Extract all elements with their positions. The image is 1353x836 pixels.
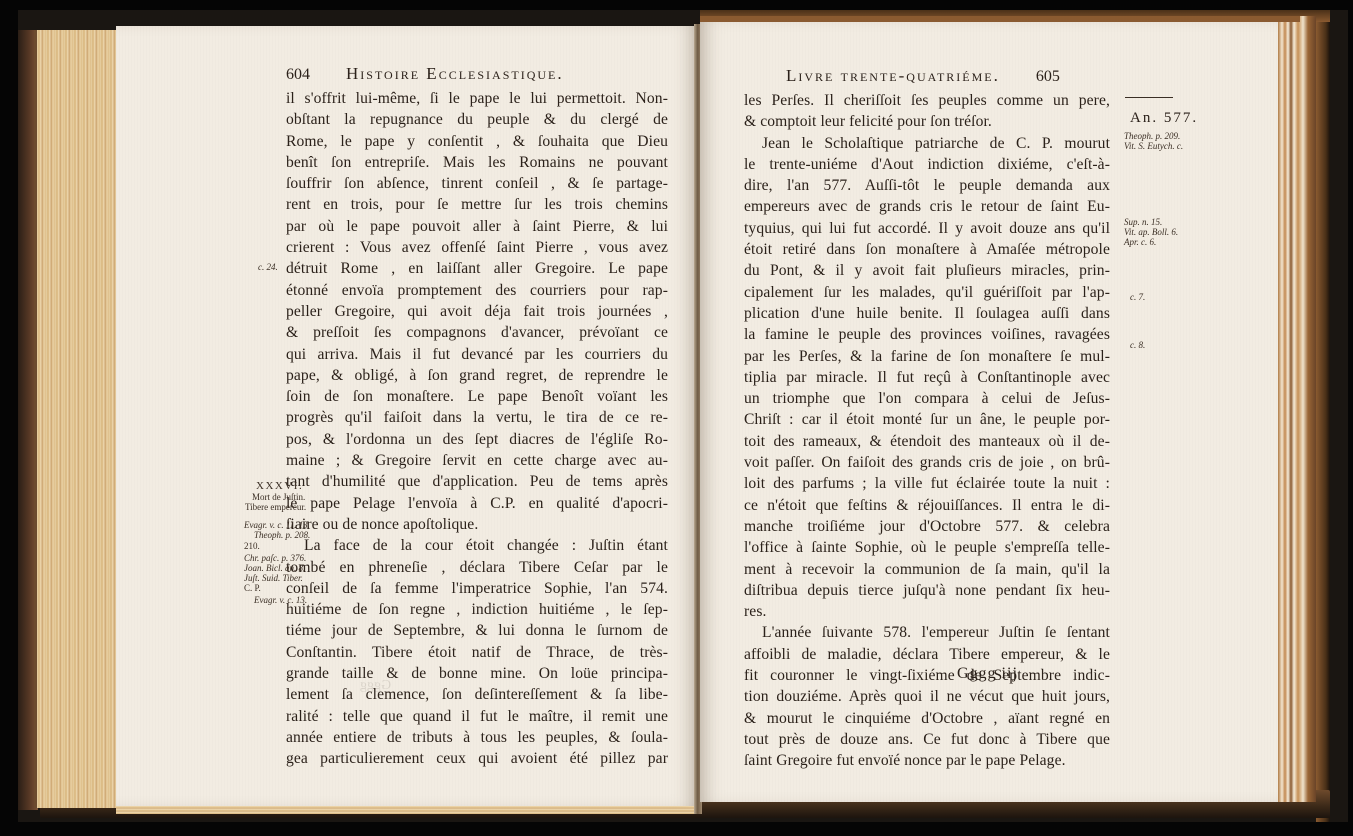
text-line: ſiaire ou de nonce apoſtolique. <box>286 514 668 535</box>
text-line: grande taille & de bonne mine. On loüe p… <box>286 663 668 684</box>
text-line: année entiere de tributs à tous les peup… <box>286 727 668 748</box>
text-line: étonné envoïa promptement des courriers … <box>286 280 668 301</box>
text-line: Rome, le pape y conſentit , & ſouhaita q… <box>286 131 668 152</box>
text-line: toit des rameaux, & étendoit des manteau… <box>744 431 1110 452</box>
text-line: huitiéme de ſon regne , indiction huitié… <box>286 599 668 620</box>
text-line: cipalement ſur les malades, qu'il guériſ… <box>744 282 1110 303</box>
margin-reference: Theoph. p. 208. <box>254 530 310 541</box>
text-line: & comptoit leur felicité pour ſon tréſor… <box>744 111 1110 132</box>
text-line: qui arriva. Mais il fut devancé par les … <box>286 344 668 365</box>
right-paragraph-1: les Perſes. Il cheriſſoit ſes peuples co… <box>744 90 1110 133</box>
text-line: voit paſſer. On faiſoit des grands cris … <box>744 452 1110 473</box>
text-line: maine ; & Gregoire ſervit en cette charg… <box>286 450 668 471</box>
text-line: & preſſoit ſes compagnons d'avancer, pré… <box>286 322 668 343</box>
text-line: un triomphe que l'on compara à celui de … <box>744 388 1110 409</box>
text-line: fit couronner le vingt-ſixiéme de Septem… <box>744 665 1110 686</box>
margin-reference: C. P. <box>244 583 261 594</box>
text-line: tant d'humilité que d'application. Peu d… <box>286 471 668 492</box>
year-heading: An. 577. <box>1130 110 1198 127</box>
text-line: lement ſa clemence, ſon deſintereſſement… <box>286 684 668 705</box>
text-line: dire, l'an 577. Auſſi-tôt le peuple dema… <box>744 175 1110 196</box>
margin-section-number: XXXVI. <box>256 481 303 492</box>
text-line: peller Gregoire, qui avoit déja fait tro… <box>286 301 668 322</box>
text-line: obſtant la repugnance du peuple & du cle… <box>286 109 668 130</box>
show-through-text: Gggg <box>360 678 391 694</box>
text-line: pos, & l'ordonna un des ſept diacres de … <box>286 429 668 450</box>
text-line: conſeil de ſa femme l'imperatrice Sophie… <box>286 578 668 599</box>
margin-reference: Vit. S. Eutych. c. <box>1124 141 1183 152</box>
text-line: ſouffrir ſon abſence, tinrent conſeil , … <box>286 173 668 194</box>
right-folio: 605 <box>1036 68 1060 85</box>
page-edges-bottom <box>116 806 696 814</box>
text-line: le trente-uniéme d'Aout indiction dixiém… <box>744 154 1110 175</box>
margin-note-c7: c. 7. <box>1130 292 1145 303</box>
text-line: tion douziéme. Après quoi il ne vécut qu… <box>744 686 1110 707</box>
text-line: tiéme jour de Septembre, & lui donna le … <box>286 620 668 641</box>
year-rule <box>1125 97 1173 98</box>
text-line: plication d'une huile benite. Il ſoulage… <box>744 303 1110 324</box>
right-running-title: Livre trente-quatriéme. <box>786 66 1000 85</box>
text-line: L'année ſuivante 578. l'empereur Juſtin … <box>744 622 1110 643</box>
text-line: l'office à ſainte Sophie, où le peuple s… <box>744 537 1110 558</box>
text-line: les Perſes. Il cheriſſoit ſes peuples co… <box>744 90 1110 111</box>
text-line: gea particulierement ceux qui avoient ét… <box>286 748 668 769</box>
margin-section-title: Tibere empereur. <box>245 502 306 513</box>
left-paragraph-2: La face de la cour étoit changée : Juſti… <box>286 535 668 769</box>
text-line: ment à recevoir la communion de ſa main,… <box>744 559 1110 580</box>
left-text-column: il s'offrit lui-même, ſi le pape le lui … <box>286 88 668 770</box>
right-text-column: les Perſes. Il cheriſſoit ſes peuples co… <box>744 90 1110 772</box>
text-line: benît ſon entrepriſe. Mais les Romains n… <box>286 152 668 173</box>
text-line: par où le pape pouvoit aller à ſaint Pie… <box>286 216 668 237</box>
text-line: étoit retiré dans ſon monaſtere à Amaſée… <box>744 239 1110 260</box>
left-paragraph-1: il s'offrit lui-même, ſi le pape le lui … <box>286 88 668 535</box>
text-line: crierent : Vous avez offenſé ſaint Pierr… <box>286 237 668 258</box>
text-line: res. <box>744 601 1110 622</box>
text-line: affoibli de maladie, déclara Tibere empe… <box>744 644 1110 665</box>
signature-mark: Gggg iij <box>957 665 1018 683</box>
left-running-title: Histoire Ecclesiastique. <box>346 64 564 83</box>
text-line: ralité : telle que quand il fut le maîtr… <box>286 706 668 727</box>
text-line: il s'offrit lui-même, ſi le pape le lui … <box>286 88 668 109</box>
text-line: détruit Rome , en laiſſant aller Gregoir… <box>286 258 668 279</box>
text-line: tiplia par miracle. Il fut reçû à Conſta… <box>744 367 1110 388</box>
text-line: La face de la cour étoit changée : Juſti… <box>286 535 668 556</box>
right-running-head: Livre trente-quatriéme. 605 <box>786 66 1060 86</box>
right-paragraph-2: Jean le Scholaſtique patriarche de C. P.… <box>744 133 1110 623</box>
margin-note-c24: c. 24. <box>258 262 278 273</box>
text-line: empereurs avec de grands cris le retour … <box>744 196 1110 217</box>
text-line: le pape Pelage l'envoïa à C.P. en qualit… <box>286 493 668 514</box>
text-line: loit des parfums ; la ville fut éclairée… <box>744 473 1110 494</box>
book-photo: 604 Histoire Ecclesiastique. il s'offrit… <box>0 0 1353 836</box>
text-line: Conſtantin. Tibere étoit natif de Thrace… <box>286 642 668 663</box>
text-line: ſoin de ſon monaſtere. Le pape Benoît vo… <box>286 386 668 407</box>
margin-reference: 210. <box>244 541 260 552</box>
book-cover-right <box>1316 10 1330 822</box>
text-line: manche troiſiéme jour d'Octobre 577. & c… <box>744 516 1110 537</box>
margin-note-c8: c. 8. <box>1130 340 1145 351</box>
text-line: Jean le Scholaſtique patriarche de C. P.… <box>744 133 1110 154</box>
text-line: tyquius, qui lui fut accordé. Il y avoit… <box>744 218 1110 239</box>
text-line: par les Perſes, & la farine de ſon monaſ… <box>744 346 1110 367</box>
page-edges-left <box>34 30 119 808</box>
text-line: progrès qu'il faiſoit dans la vertu, le … <box>286 407 668 428</box>
left-folio: 604 <box>286 66 310 83</box>
text-line: ſaint Gregoire fut envoïé nonce par le p… <box>744 750 1110 771</box>
text-line: du Pont, & il y avoit fait pluſieurs mir… <box>744 260 1110 281</box>
right-paragraph-3: L'année ſuivante 578. l'empereur Juſtin … <box>744 622 1110 771</box>
margin-reference: Evagr. v. c. 13. <box>254 595 307 606</box>
text-line: & mourut le cinquiéme d'Octobre , aïant … <box>744 708 1110 729</box>
text-line: pape, & obligé, à ſon grand regret, de r… <box>286 365 668 386</box>
text-line: Chriſt : car il étoit monté ſur un âne, … <box>744 409 1110 430</box>
text-line: la famine le peuple des provinces voiſin… <box>744 324 1110 345</box>
text-line: rent en trois, pour ſe mettre ſur les tr… <box>286 194 668 215</box>
text-line: tombé en phreneſie , déclara Tibere Ceſa… <box>286 557 668 578</box>
page-edges-right <box>1278 16 1316 802</box>
left-running-head: 604 Histoire Ecclesiastique. <box>286 64 564 84</box>
text-line: ce n'étoit que feſtins & réjouiſſances. … <box>744 495 1110 516</box>
text-line: tout près de douze ans. Ce fut donc à Ti… <box>744 729 1110 750</box>
text-line: diſtribua depuis tierce juſqu'à none pen… <box>744 580 1110 601</box>
margin-reference: Apr. c. 6. <box>1124 237 1156 248</box>
